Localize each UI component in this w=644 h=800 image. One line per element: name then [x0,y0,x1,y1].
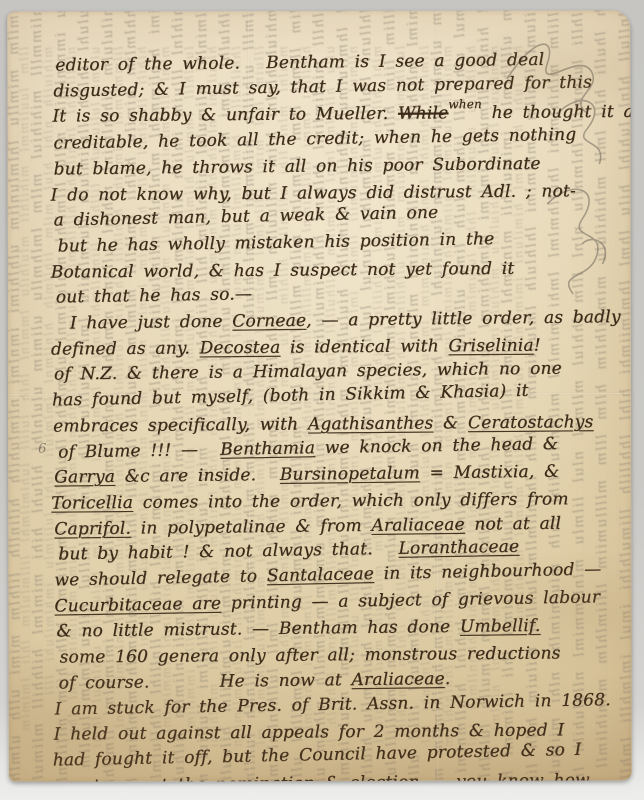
text-segment: but he has wholly mistaken his position … [58,229,495,256]
text-segment: not at all [465,513,562,534]
manuscript-line: I have just done Corneae, — a pretty lit… [70,305,625,337]
text-segment: in its neighbourhood — [374,559,602,584]
text-segment: is identical with [280,336,448,357]
underlined-word: Toricellia [51,493,133,514]
text-segment: Bentham is I see a good deal [266,50,544,73]
text-segment: defined as any. [51,338,200,359]
underlined-word: Ceratostachys [468,412,594,433]
text-segment: & no little mistrust. — Bentham has done [56,617,460,642]
underlined-word: Loranthaceae [398,537,519,559]
underlined-word: Bursinopetalum [280,464,420,486]
underlined-word: Decostea [199,337,280,358]
text-segment: & [433,413,468,433]
underlined-word: Santalaceae [267,564,375,586]
underlined-word: Araliaceae [351,669,445,690]
text-segment: printing — a subject of grievous labour [221,587,600,613]
text-segment: = Mastixia, & [420,462,560,484]
underlined-word: Umbellif. [460,616,541,637]
underlined-word: Agathisanthes [308,413,434,434]
text-segment: he thought it all [482,102,632,123]
underlined-word: Corneae [232,311,306,332]
text-segment: &c are inside. [115,465,266,487]
letter-paper: imnlmiml hihlnlim nlmi mllumi llimnlll l… [7,10,632,781]
text-segment: It is so shabby & unfair to Mueller. [52,104,398,127]
underlined-word: Griselinia [448,335,533,356]
inserted-word: when [448,92,482,118]
text-segment: I have just done [70,312,233,334]
margin-mark: 6 [38,442,46,457]
text-segment: out that he has so.— [56,285,253,308]
underlined-word: Cucurbitaceae are [54,593,221,616]
struck-word: While [398,104,449,124]
text-segment: we should relegate to [54,566,267,590]
text-segment: of course. [58,672,149,693]
manuscript-line: but blame, he throws it all on his poor … [53,151,624,183]
underlined-word: Caprifol. [54,518,131,539]
text-gap [150,687,220,688]
text-segment: a dishonest man, but a weak & vain one [53,203,438,231]
text-segment: some 160 genera only after all; monstrou… [59,644,560,668]
text-segment: ! [534,335,541,355]
text-segment: comes into the order, which only differs… [133,489,569,513]
underlined-word: Benthamia [220,438,315,460]
text-segment: we knock on the head & [315,434,558,458]
text-segment: , — a pretty little order, as badly [306,307,621,331]
text-segment: . [445,669,451,689]
text-segment: editor of the whole. [55,53,240,75]
scan-background: { "document": { "kind_label": "handwritt… [0,0,644,800]
manuscript-text: editor of the whole.Bentham is I see a g… [51,52,626,781]
underlined-word: Araliaceae [371,514,465,535]
text-segment: embraces specifically, with [53,414,308,436]
text-segment: but by habit ! & not always that. [58,539,382,564]
text-segment: but blame, he throws it all on his poor … [53,154,540,180]
text-segment: He is now at [219,670,351,692]
text-segment: in polypetalinae & from [131,516,372,539]
underlined-word: Garrya [54,467,115,488]
text-segment: of Blume !!! — [58,440,198,462]
